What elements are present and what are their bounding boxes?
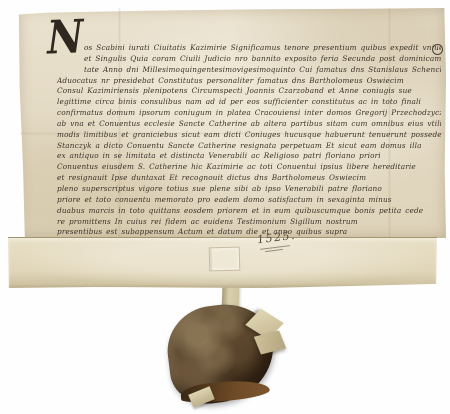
- text-line: ex antiquo in se limitata et distincta V…: [57, 151, 441, 162]
- text-line: modis limitibus et graniciebus sicut eam…: [57, 130, 441, 141]
- flourish-ring-icon: [432, 44, 443, 55]
- text-line: priore et toto conuentu memorato pro ead…: [57, 195, 441, 206]
- text-line: os Scabini iurati Ciuitatis Kazimirie Si…: [57, 43, 441, 54]
- text-line: presentibus est subappensum Actum et dat…: [57, 227, 441, 238]
- parchment-patch: [209, 247, 241, 272]
- text-line: Stanczyk a dicto Conuentu Sancte Catheri…: [57, 141, 441, 152]
- text-line: Aduocatus nr presidebat Constitutus pers…: [57, 76, 441, 87]
- text-line: et resignauit Ipse duntaxat Et recognoui…: [57, 173, 441, 184]
- text-line: et Singulis Quia coram Ciuili Judicio nr…: [57, 54, 441, 65]
- text-line: Conuentus eiusdem S. Catherine hic Kazim…: [57, 162, 441, 173]
- manuscript-photo: N os Scabini iurati Ciuitatis Kazimirie …: [0, 0, 450, 414]
- text-line: tate Anno dni Millesimoquingentesimovige…: [57, 65, 441, 76]
- manuscript-text: os Scabini iurati Ciuitatis Kazimirie Si…: [57, 43, 441, 238]
- text-line: Consul Kazimiriensis plenipotens Circums…: [57, 86, 441, 97]
- text-line: ab vna et Conuentus ecclesie Sancte Cath…: [57, 119, 441, 130]
- text-line: confirmatus domum ipsorum coniugum in pl…: [57, 108, 441, 119]
- text-line: re promittens In cuius rei fidem ac euid…: [57, 217, 441, 228]
- text-line: duabus marcis in toto quittans eosdem pr…: [57, 206, 441, 217]
- text-line: pleno superscriptus vigore totius sue pl…: [57, 184, 441, 195]
- text-line: legittime circa binis consulibus nam ad …: [57, 97, 441, 108]
